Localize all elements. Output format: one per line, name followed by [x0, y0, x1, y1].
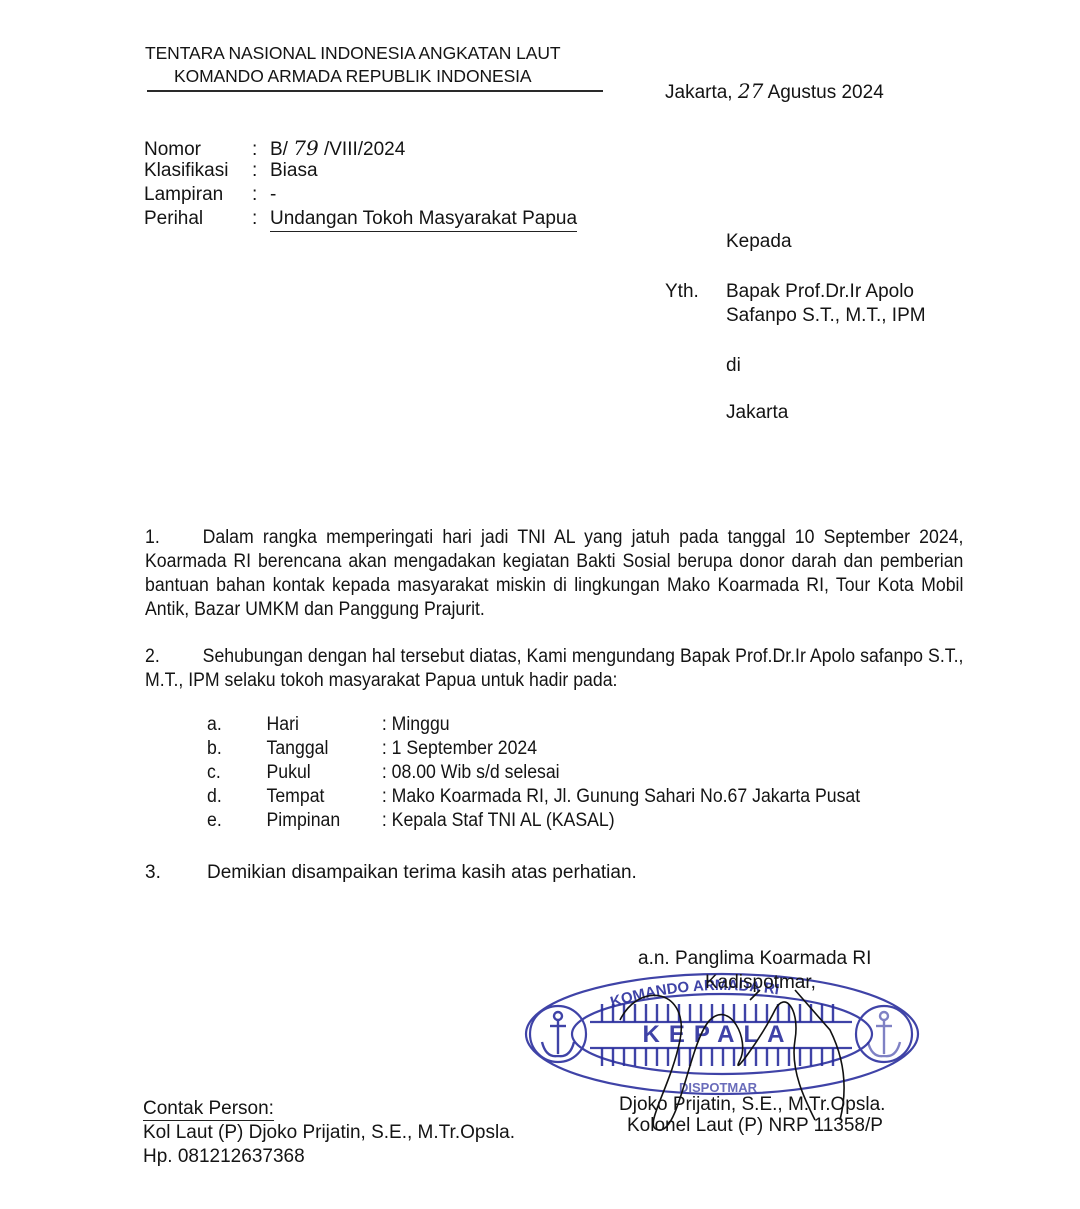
detail-label: Pukul	[267, 762, 382, 784]
signatory-rank: Kolonel Laut (P) NRP 11358/P	[627, 1115, 883, 1137]
signatory-name: Djoko Prijatin, S.E., M.Tr.Opsla.	[619, 1094, 885, 1116]
detail-letter: d.	[207, 786, 267, 808]
detail-value: : 1 September 2024	[382, 738, 537, 759]
detail-letter: e.	[207, 810, 267, 832]
meta-colon: :	[252, 160, 270, 182]
detail-letter: b.	[207, 738, 267, 760]
detail-label: Tanggal	[267, 738, 382, 760]
detail-label: Hari	[267, 714, 382, 736]
detail-label: Tempat	[267, 786, 382, 808]
detail-label: Pimpinan	[267, 810, 382, 832]
detail-row-pimpinan: e.Pimpinan: Kepala Staf TNI AL (KASAL)	[207, 810, 615, 832]
detail-value: : Minggu	[382, 714, 450, 735]
signature-on-behalf: a.n. Panglima Koarmada RI	[638, 948, 871, 970]
recipient-di: di	[726, 355, 741, 377]
meta-colon: :	[252, 184, 270, 206]
letterhead-divider	[147, 90, 603, 92]
letter-date: Jakarta, 27 Agustus 2024	[665, 79, 884, 104]
nomor-suffix: /VIII/2024	[324, 139, 405, 160]
letterhead-line-1: TENTARA NASIONAL INDONESIA ANGKATAN LAUT	[145, 43, 560, 64]
date-prefix: Jakarta,	[665, 82, 733, 103]
meta-row-klasifikasi: Klasifikasi:Biasa	[144, 160, 318, 182]
paragraph-number: 1.	[145, 526, 203, 550]
meta-label: Perihal	[144, 208, 252, 230]
paragraph-text: Sehubungan dengan hal tersebut diatas, K…	[145, 646, 963, 691]
meta-row-lampiran: Lampiran:-	[144, 184, 276, 206]
nomor-prefix: B/	[270, 139, 288, 160]
detail-value: : Kepala Staf TNI AL (KASAL)	[382, 810, 615, 831]
recipient-city: Jakarta	[726, 402, 788, 424]
paragraph-2: 2.Sehubungan dengan hal tersebut diatas,…	[145, 645, 963, 693]
contact-name: Kol Laut (P) Djoko Prijatin, S.E., M.Tr.…	[143, 1122, 515, 1144]
detail-row-tanggal: b.Tanggal: 1 September 2024	[207, 738, 537, 760]
paragraph-text: Dalam rangka memperingati hari jadi TNI …	[145, 527, 963, 620]
meta-row-nomor: Nomor:B/ 79 /VIII/2024	[144, 136, 405, 161]
recipient-name-line-1: Bapak Prof.Dr.Ir Apolo	[726, 281, 914, 303]
detail-letter: a.	[207, 714, 267, 736]
meta-colon: :	[252, 208, 270, 230]
recipient-name-line-2: Safanpo S.T., M.T., IPM	[726, 305, 926, 327]
paragraph-number: 2.	[145, 645, 203, 669]
paragraph-1: 1.Dalam rangka memperingati hari jadi TN…	[145, 526, 963, 622]
subject-value: Undangan Tokoh Masyarakat Papua	[270, 208, 577, 232]
meta-value: Biasa	[270, 160, 318, 181]
meta-label: Klasifikasi	[144, 160, 252, 182]
paragraph-3: 3.Demikian disampaikan terima kasih atas…	[145, 862, 637, 884]
date-month-year: Agustus 2024	[768, 82, 884, 103]
recipient-kepada: Kepada	[726, 231, 792, 253]
anchor-icon	[542, 1012, 574, 1056]
detail-value: : 08.00 Wib s/d selesai	[382, 762, 560, 783]
detail-row-hari: a.Hari: Minggu	[207, 714, 450, 736]
paragraph-number: 3.	[145, 862, 207, 884]
detail-row-tempat: d.Tempat: Mako Koarmada RI, Jl. Gunung S…	[207, 786, 860, 808]
meta-row-perihal: Perihal:Undangan Tokoh Masyarakat Papua	[144, 208, 577, 230]
paragraph-text: Demikian disampaikan terima kasih atas p…	[207, 862, 637, 883]
contact-phone: Hp. 081212637368	[143, 1146, 305, 1168]
detail-letter: c.	[207, 762, 267, 784]
date-day-handwritten: 27	[738, 79, 763, 103]
meta-label: Lampiran	[144, 184, 252, 206]
meta-label: Nomor	[144, 139, 252, 161]
detail-row-pukul: c.Pukul: 08.00 Wib s/d selesai	[207, 762, 560, 784]
recipient-yth: Yth.	[665, 281, 699, 303]
detail-value: : Mako Koarmada RI, Jl. Gunung Sahari No…	[382, 786, 860, 807]
contact-heading: Contak Person:	[143, 1098, 274, 1121]
meta-colon: :	[252, 139, 270, 161]
nomor-handwritten: 79	[293, 136, 318, 160]
meta-value: -	[270, 184, 276, 205]
letterhead-line-2: KOMANDO ARMADA REPUBLIK INDONESIA	[174, 66, 531, 87]
